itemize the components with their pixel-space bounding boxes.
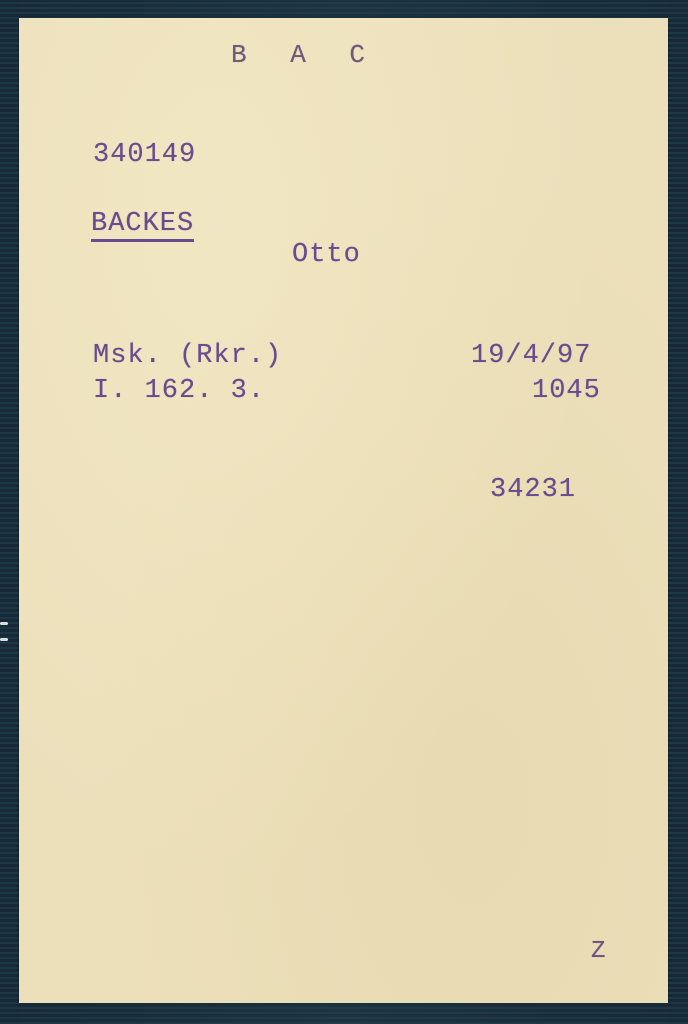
surname: BACKES bbox=[91, 211, 194, 242]
record-number: 340149 bbox=[93, 142, 196, 169]
index-card: B A C 340149 BACKES Otto Msk. (Rkr.) I. … bbox=[19, 18, 668, 1003]
time: 1045 bbox=[532, 378, 601, 405]
unit-reference: I. 162. 3. bbox=[93, 378, 265, 405]
edge-mark bbox=[0, 622, 8, 625]
reference-number: 34231 bbox=[490, 477, 576, 504]
edge-mark bbox=[0, 638, 8, 641]
date: 19/4/97 bbox=[471, 343, 591, 370]
header-code: B A C bbox=[231, 42, 379, 68]
given-name: Otto bbox=[292, 242, 361, 269]
unit: Msk. (Rkr.) bbox=[93, 343, 282, 370]
corner-mark: Z bbox=[591, 940, 606, 964]
